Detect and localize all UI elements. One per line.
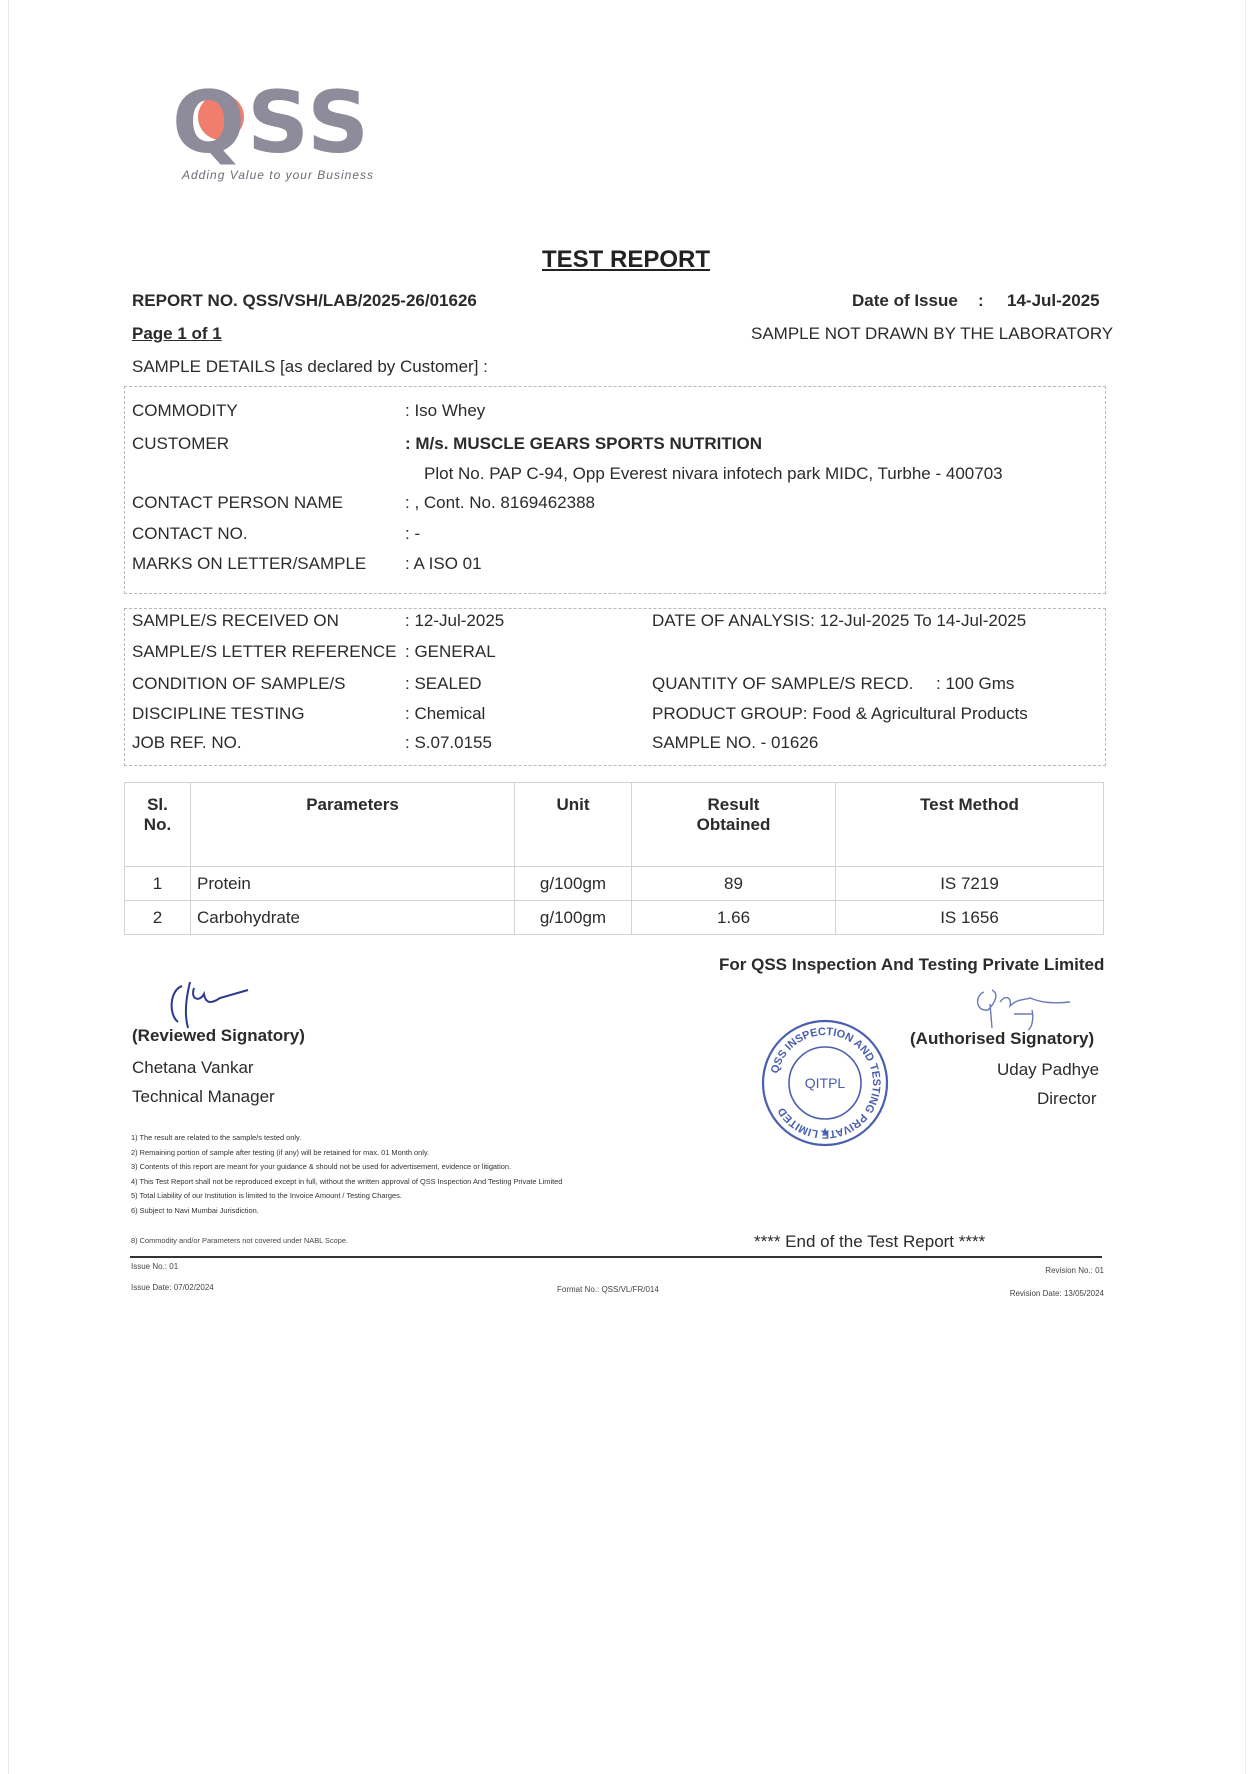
note-item: 2) Remaining portion of sample after tes… — [131, 1146, 562, 1161]
authoriser-signature-icon — [970, 984, 1090, 1034]
cell-unit: g/100gm — [515, 901, 632, 935]
authoriser-name: Uday Padhye — [997, 1060, 1099, 1080]
note-item: 1) The result are related to the sample/… — [131, 1131, 562, 1146]
col-sl-no: Sl.No. — [125, 783, 191, 867]
sample-not-drawn-note: SAMPLE NOT DRAWN BY THE LABORATORY — [751, 324, 1113, 344]
page-indicator: Page 1 of 1 — [132, 324, 222, 344]
field-value: : Chemical — [405, 704, 485, 724]
sample-number: SAMPLE NO. - 01626 — [652, 733, 818, 753]
cell-sl-no: 2 — [125, 901, 191, 935]
revision-date: Revision Date: 13/05/2024 — [1010, 1289, 1104, 1298]
col-parameters: Parameters — [191, 783, 515, 867]
report-number: REPORT NO. QSS/VSH/LAB/2025-26/01626 — [132, 291, 477, 311]
cell-result: 89 — [632, 867, 836, 901]
field-value: : SEALED — [405, 674, 482, 694]
field-label: CONTACT PERSON NAME — [132, 493, 343, 513]
logo-text: QSS — [172, 80, 371, 166]
reviewer-name: Chetana Vankar — [132, 1058, 254, 1078]
note-item: 4) This Test Report shall not be reprodu… — [131, 1175, 562, 1190]
issue-date: Issue Date: 07/02/2024 — [131, 1283, 214, 1292]
issue-number: Issue No.: 01 — [131, 1262, 178, 1271]
cell-parameter: Protein — [191, 867, 515, 901]
nabl-note: 8) Commodity and/or Parameters not cover… — [131, 1236, 348, 1245]
cell-parameter: Carbohydrate — [191, 901, 515, 935]
note-item: 6) Subject to Navi Mumbai Jurisdiction. — [131, 1204, 562, 1219]
field-label: CUSTOMER — [132, 434, 229, 454]
table-row: 2Carbohydrateg/100gm1.66IS 1656 — [125, 901, 1104, 935]
results-table: Sl.No. Parameters Unit ResultObtained Te… — [124, 782, 1104, 935]
results-header-row: Sl.No. Parameters Unit ResultObtained Te… — [125, 783, 1104, 867]
field-value: : , Cont. No. 8169462388 — [405, 493, 595, 513]
reviewed-signatory-label: (Reviewed Signatory) — [132, 1026, 305, 1046]
revision-number: Revision No.: 01 — [1045, 1266, 1104, 1275]
svg-text:★: ★ — [820, 1125, 831, 1139]
table-row: 1Proteing/100gm89IS 7219 — [125, 867, 1104, 901]
field-value: : GENERAL — [405, 642, 496, 662]
note-item: 3) Contents of this report are meant for… — [131, 1160, 562, 1175]
product-group: PRODUCT GROUP: Food & Agricultural Produ… — [652, 704, 1028, 724]
quantity-label: QUANTITY OF SAMPLE/S RECD. — [652, 674, 913, 694]
field-label: JOB REF. NO. — [132, 733, 242, 753]
company-stamp-icon: QSS INSPECTION AND TESTING PRIVATE LIMIT… — [760, 1018, 890, 1148]
field-value: : S.07.0155 — [405, 733, 492, 753]
svg-text:QITPL: QITPL — [805, 1075, 846, 1091]
authoriser-designation: Director — [1037, 1089, 1097, 1109]
field-value: : A ISO 01 — [405, 554, 482, 574]
reviewer-designation: Technical Manager — [132, 1087, 275, 1107]
report-title: TEST REPORT — [542, 246, 710, 273]
col-result: ResultObtained — [632, 783, 836, 867]
col-test-method: Test Method — [836, 783, 1104, 867]
report-page: QSS Adding Value to your Business TEST R… — [0, 0, 1252, 1774]
quantity-value: : 100 Gms — [936, 674, 1014, 694]
end-of-report: **** End of the Test Report **** — [754, 1232, 985, 1252]
date-of-issue-label: Date of Issue — [852, 291, 958, 311]
cell-test-method: IS 1656 — [836, 901, 1104, 935]
field-value: : 12-Jul-2025 — [405, 611, 504, 631]
logo-tagline: Adding Value to your Business — [182, 168, 374, 182]
report-title-wrap: TEST REPORT — [0, 246, 1252, 274]
footer-divider — [130, 1256, 1102, 1258]
authorised-signatory-label: (Authorised Signatory) — [910, 1029, 1094, 1049]
field-label: SAMPLE/S LETTER REFERENCE — [132, 642, 397, 662]
date-of-analysis: DATE OF ANALYSIS: 12-Jul-2025 To 14-Jul-… — [652, 611, 1026, 631]
format-number: Format No.: QSS/VL/FR/014 — [557, 1285, 659, 1294]
field-label: CONDITION OF SAMPLE/S — [132, 674, 345, 694]
cell-result: 1.66 — [632, 901, 836, 935]
for-company-label: For QSS Inspection And Testing Private L… — [719, 955, 1104, 975]
note-item: 5) Total Liability of our Institution is… — [131, 1189, 562, 1204]
date-of-issue-value: 14-Jul-2025 — [1007, 291, 1100, 311]
field-label: MARKS ON LETTER/SAMPLE — [132, 554, 366, 574]
field-label: COMMODITY — [132, 401, 238, 421]
field-label: DISCIPLINE TESTING — [132, 704, 305, 724]
col-unit: Unit — [515, 783, 632, 867]
company-logo: QSS Adding Value to your Business — [172, 80, 412, 184]
terms-notes: 1) The result are related to the sample/… — [131, 1131, 562, 1219]
field-label: SAMPLE/S RECEIVED ON — [132, 611, 339, 631]
date-of-issue-colon: : — [978, 291, 984, 311]
customer-address: Plot No. PAP C-94, Opp Everest nivara in… — [424, 464, 1003, 484]
sample-details-heading: SAMPLE DETAILS [as declared by Customer]… — [132, 357, 488, 377]
field-label: CONTACT NO. — [132, 524, 248, 544]
field-value: : - — [405, 524, 420, 544]
field-value: : M/s. MUSCLE GEARS SPORTS NUTRITION — [405, 434, 762, 454]
field-value: : Iso Whey — [405, 401, 485, 421]
cell-test-method: IS 7219 — [836, 867, 1104, 901]
cell-unit: g/100gm — [515, 867, 632, 901]
cell-sl-no: 1 — [125, 867, 191, 901]
